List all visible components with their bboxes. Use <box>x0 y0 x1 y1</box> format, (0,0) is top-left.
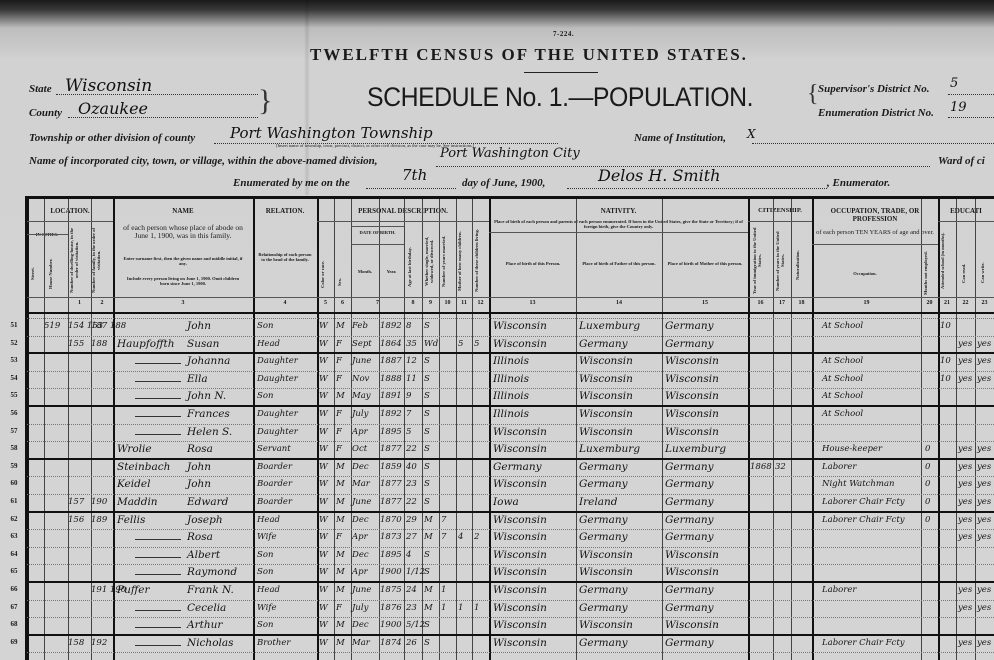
cell-read: yes <box>958 530 975 544</box>
line-number: 52 <box>4 339 24 347</box>
ditto-dash <box>135 363 181 364</box>
line-number: 63 <box>4 532 24 540</box>
institution-value: X <box>747 127 756 141</box>
cell-read: yes <box>958 513 975 527</box>
cell-given: Rosa <box>187 530 251 544</box>
cell-year: 1876 <box>380 601 404 615</box>
column-number: 19 <box>812 300 921 306</box>
line-number: 60 <box>4 479 24 487</box>
cell-birth-mother: Germany <box>665 583 748 597</box>
cell-sex: M <box>336 495 351 509</box>
cell-given: Joseph <box>187 513 251 527</box>
column-number: 13 <box>489 300 576 306</box>
enumerator-line <box>567 188 827 189</box>
cell-color: W <box>319 425 334 439</box>
line-number: 68 <box>4 620 24 628</box>
cell-school: 10 <box>940 319 956 333</box>
column-number: 2 <box>91 300 113 306</box>
supervisor-label: Supervisor's District No. <box>818 83 930 95</box>
cell-year: 1864 <box>380 337 404 351</box>
cell-birth-mother: Wisconsin <box>665 407 748 421</box>
cell-surname: Maddin <box>117 495 187 509</box>
ditto-dash <box>135 381 181 382</box>
township-value: Port Washington Township <box>230 124 433 142</box>
cell-birth-person: Wisconsin <box>493 442 576 456</box>
cell-sex: F <box>336 601 351 615</box>
cell-birth-person: Wisconsin <box>493 513 576 527</box>
column-number: 20 <box>921 300 938 306</box>
month-header: Month. <box>351 269 379 274</box>
cell-year: 1873 <box>380 530 404 544</box>
cell-family: 188 <box>91 337 113 351</box>
name-header: NAME <box>113 207 253 215</box>
birth-father-header: Place of birth of Father of this person. <box>579 261 659 266</box>
cell-year: 1891 <box>380 389 404 403</box>
cell-relation: Son <box>257 319 317 333</box>
cell-given: Nicholas <box>187 636 251 650</box>
cell-family: 187 188 <box>91 319 113 333</box>
citizenship-header: CITIZENSHIP. <box>748 207 812 215</box>
cell-birth-person: Wisconsin <box>493 601 576 615</box>
cell-sex: M <box>336 618 351 632</box>
cell-month: Apr <box>352 565 379 579</box>
cell-given: Frank N. <box>187 583 251 597</box>
cell-age: 11 <box>406 372 422 386</box>
cell-surname: Puffer <box>117 583 187 597</box>
cell-birth-person: Wisconsin <box>493 530 576 544</box>
cell-occupation: Laborer <box>822 460 921 474</box>
cell-given: Arthur <box>187 618 251 632</box>
cell-year: 1895 <box>380 548 404 562</box>
ed-line <box>948 117 994 118</box>
cell-occupation: At School <box>822 372 921 386</box>
cell-birth-mother: Wisconsin <box>665 354 748 368</box>
ed-value: 19 <box>950 100 967 115</box>
cell-relation: Son <box>257 548 317 562</box>
cell-sex: M <box>336 583 351 597</box>
cell-read: yes <box>958 354 975 368</box>
row-rule <box>351 226 404 227</box>
cell-birth-father: Ireland <box>579 495 662 509</box>
state-label: State <box>29 83 52 95</box>
cell-month: Apr <box>352 530 379 544</box>
cell-month: Mar <box>352 636 379 650</box>
cell-year: 1875 <box>380 583 404 597</box>
cell-relation: Boarder <box>257 460 317 474</box>
cell-year: 1887 <box>380 354 404 368</box>
dwelling-header: Number of dwelling-house, in the order o… <box>69 225 87 295</box>
column-rule <box>253 199 255 660</box>
supervisor-line <box>948 94 994 95</box>
column-rule <box>773 199 774 660</box>
census-table: LOCATION. IN CITIES. Street. House Numbe… <box>27 199 994 660</box>
cell-age: 23 <box>406 601 422 615</box>
cell-given: Susan <box>187 337 251 351</box>
cell-marital: S <box>424 565 439 579</box>
cell-year: 1859 <box>380 460 404 474</box>
line-number: 57 <box>4 427 24 435</box>
cell-month: July <box>352 407 379 421</box>
cell-month: June <box>352 495 379 509</box>
cell-occupation: Laborer <box>822 583 921 597</box>
cell-given: John N. <box>187 389 251 403</box>
column-rule <box>576 199 577 660</box>
column-number: 7 <box>351 300 404 306</box>
cell-color: W <box>319 354 334 368</box>
cell-color: W <box>319 618 334 632</box>
cell-given: Rosa <box>187 442 251 456</box>
cell-color: W <box>319 530 334 544</box>
cell-sex: F <box>336 530 351 544</box>
cell-write: yes <box>977 601 994 615</box>
column-number: 16 <box>748 300 773 306</box>
cell-year: 1877 <box>380 477 404 491</box>
state-value: Wisconsin <box>65 76 152 96</box>
cell-birth-person: Illinois <box>493 389 576 403</box>
cell-sex: M <box>336 513 351 527</box>
cell-month: Oct <box>352 442 379 456</box>
column-number: 8 <box>404 300 422 306</box>
cell-write: yes <box>977 460 994 474</box>
cell-sex: F <box>336 337 351 351</box>
cell-relation: Wife <box>257 601 317 615</box>
cell-dwelling: 158 <box>68 636 91 650</box>
column-number: 9 <box>422 300 439 306</box>
cell-birth-father: Wisconsin <box>579 618 662 632</box>
city-value: Port Washington City <box>440 146 580 161</box>
column-number: 4 <box>253 300 317 306</box>
cell-month: Dec <box>352 460 379 474</box>
cell-sex: M <box>336 460 351 474</box>
cell-read: yes <box>958 460 975 474</box>
cell-color: W <box>319 495 334 509</box>
cell-birth-person: Wisconsin <box>493 319 576 333</box>
cell-birth-person: Wisconsin <box>493 425 576 439</box>
years-in-us-header: Number of years in the United States. <box>775 227 789 295</box>
ed-label: Enumeration District No. <box>818 107 934 119</box>
cell-month: July <box>352 601 379 615</box>
cell-marital: S <box>424 618 439 632</box>
cell-school: 10 <box>940 354 956 368</box>
cell-year: 1877 <box>380 442 404 456</box>
age-header: Age at last birthday. <box>407 239 417 295</box>
column-rule <box>662 199 663 660</box>
cell-birth-mother: Wisconsin <box>665 565 748 579</box>
cell-write: yes <box>977 636 994 650</box>
cell-age: 23 <box>406 477 422 491</box>
line-number: 67 <box>4 603 24 611</box>
cell-birth-person: Germany <box>493 460 576 474</box>
cell-color: W <box>319 460 334 474</box>
cell-relation: Daughter <box>257 354 317 368</box>
column-number: 14 <box>576 300 662 306</box>
cell-sex: M <box>336 389 351 403</box>
column-number: 5 <box>317 300 334 306</box>
cell-family: 189 <box>91 513 113 527</box>
cell-birth-father: Wisconsin <box>579 354 662 368</box>
cell-marital: M <box>424 583 439 597</box>
cell-relation: Head <box>257 513 317 527</box>
cell-months-unemployed: 0 <box>925 460 937 474</box>
cell-mother-of: 5 <box>458 337 472 351</box>
cell-read: yes <box>958 337 975 351</box>
cell-read: yes <box>958 636 975 650</box>
cell-birth-person: Wisconsin <box>493 477 576 491</box>
cell-read: yes <box>958 442 975 456</box>
line-number: 54 <box>4 374 24 382</box>
column-number: 15 <box>662 300 748 306</box>
cell-yrs-married: 1 <box>441 601 456 615</box>
attended-school-header: Attended school (in months). <box>940 227 952 295</box>
cell-month: May <box>352 389 379 403</box>
cell-write: yes <box>977 495 994 509</box>
cell-birth-mother: Wisconsin <box>665 372 748 386</box>
cell-month: Nov <box>352 372 379 386</box>
cell-marital: M <box>424 513 439 527</box>
cell-birth-father: Wisconsin <box>579 425 662 439</box>
cell-given: Ella <box>187 372 251 386</box>
family-header: Number of family, in the order of visita… <box>91 225 109 295</box>
occupation-desc: of each person TEN YEARS of age and over… <box>816 229 934 237</box>
cell-read: yes <box>958 372 975 386</box>
cell-month: June <box>352 583 379 597</box>
year-header: Year. <box>379 269 404 274</box>
cell-age: 26 <box>406 636 422 650</box>
cell-color: W <box>319 389 334 403</box>
column-number: 22 <box>956 300 975 306</box>
cell-age: 24 <box>406 583 422 597</box>
cell-surname: Haupfoffth <box>117 337 187 351</box>
street-header: Street. <box>30 254 40 294</box>
cell-write: yes <box>977 442 994 456</box>
cell-write: yes <box>977 530 994 544</box>
state-county-brace: } <box>258 86 272 116</box>
institution-label: Name of Institution, <box>634 132 726 144</box>
township-label: Township or other division of county <box>29 132 195 144</box>
cell-yrs-married: 1 <box>441 583 456 597</box>
cell-age: 1/12 <box>406 565 422 579</box>
cell-dwelling: 155 <box>68 337 91 351</box>
cell-living: 5 <box>474 337 488 351</box>
sex-header: Sex. <box>337 269 347 295</box>
cell-given: Edward <box>187 495 251 509</box>
cell-marital: S <box>424 407 439 421</box>
cell-birth-person: Wisconsin <box>493 583 576 597</box>
column-number: 21 <box>938 300 956 306</box>
cell-relation: Daughter <box>257 425 317 439</box>
cell-surname: Keidel <box>117 477 187 491</box>
cell-birth-mother: Germany <box>665 495 748 509</box>
cell-age: 5/12 <box>406 618 422 632</box>
cell-color: W <box>319 477 334 491</box>
cell-marital: S <box>424 636 439 650</box>
cell-birth-father: Wisconsin <box>579 548 662 562</box>
district-brace: { <box>807 82 819 106</box>
line-number: 64 <box>4 550 24 558</box>
enumerator-name: Delos H. Smith <box>598 166 720 185</box>
cell-year: 1877 <box>380 495 404 509</box>
cell-age: 5 <box>406 425 422 439</box>
cell-birth-mother: Wisconsin <box>665 618 748 632</box>
line-number: 51 <box>4 321 24 329</box>
column-rule <box>44 199 45 660</box>
children-living-header: Number of these children living. <box>474 227 486 295</box>
cell-given: Johanna <box>187 354 251 368</box>
cell-year: 1870 <box>380 513 404 527</box>
cell-dwelling: 156 <box>68 513 91 527</box>
cell-months-unemployed: 0 <box>925 442 937 456</box>
cell-write: yes <box>977 477 994 491</box>
column-rule <box>975 199 976 660</box>
relation-header: RELATION. <box>253 207 317 215</box>
cell-color: W <box>319 565 334 579</box>
cell-birth-father: Luxemburg <box>579 319 662 333</box>
cell-color: W <box>319 636 334 650</box>
cell-birth-father: Luxemburg <box>579 442 662 456</box>
cell-given: Helen S. <box>187 425 251 439</box>
cell-birth-father: Wisconsin <box>579 407 662 421</box>
occupation-header: OCCUPATION, TRADE, OR PROFESSION <box>812 207 938 223</box>
cell-given: Cecelia <box>187 601 251 615</box>
cell-sex: F <box>336 354 351 368</box>
column-rule <box>422 199 423 660</box>
cell-birth-mother: Wisconsin <box>665 389 748 403</box>
cell-marital: S <box>424 477 439 491</box>
row-rule <box>27 221 113 222</box>
cell-year: 1895 <box>380 425 404 439</box>
cell-birth-mother: Wisconsin <box>665 548 748 562</box>
cell-given: Frances <box>187 407 251 421</box>
personal-description-header: PERSONAL DESCRIPTION. <box>317 207 489 215</box>
cell-month: Dec <box>352 618 379 632</box>
column-number: 10 <box>439 300 456 306</box>
column-rule <box>489 199 491 660</box>
cell-month: Dec <box>352 513 379 527</box>
cell-month: Feb <box>352 319 379 333</box>
mother-of-header: Mother of how many children. <box>457 227 469 295</box>
cell-years-us: 32 <box>775 460 791 474</box>
cell-mother-of: 4 <box>458 530 472 544</box>
cell-year: 1874 <box>380 636 404 650</box>
row-rule <box>351 244 404 245</box>
cell-marital: S <box>424 319 439 333</box>
schedule-title: SCHEDULE No. 1.—POPULATION. <box>367 82 753 113</box>
line-number: 69 <box>4 638 24 646</box>
location-header: LOCATION. <box>27 207 113 215</box>
cell-sex: M <box>336 548 351 562</box>
cell-birth-person: Wisconsin <box>493 548 576 562</box>
cell-sex: M <box>336 319 351 333</box>
cell-color: W <box>319 601 334 615</box>
cell-year: 1900 <box>380 618 404 632</box>
cell-relation: Wife <box>257 530 317 544</box>
cell-birth-father: Germany <box>579 530 662 544</box>
cell-month: Mar <box>352 477 379 491</box>
cell-relation: Head <box>257 583 317 597</box>
cell-color: W <box>319 407 334 421</box>
cell-age: 4 <box>406 548 422 562</box>
can-read-header: Can read. <box>961 255 969 291</box>
column-rule <box>456 199 457 660</box>
cell-birth-father: Germany <box>579 337 662 351</box>
cell-family: 192 <box>91 636 113 650</box>
column-number: 18 <box>791 300 812 306</box>
cell-occupation: At School <box>822 354 921 368</box>
cell-marital: M <box>424 530 439 544</box>
cell-sex: F <box>336 372 351 386</box>
years-married-header: Number of years married. <box>441 227 451 295</box>
cell-write: yes <box>977 337 994 351</box>
enumerated-day: 7th <box>402 166 427 184</box>
census-title: TWELFTH CENSUS OF THE UNITED STATES. <box>310 45 748 65</box>
row-rule <box>27 297 994 298</box>
cell-birth-person: Wisconsin <box>493 337 576 351</box>
cell-year: 1892 <box>380 319 404 333</box>
cell-color: W <box>319 319 334 333</box>
cell-sex: M <box>336 636 351 650</box>
cell-read: yes <box>958 495 975 509</box>
enumerated-month-year: day of June, 1900, <box>462 177 545 189</box>
cell-write: yes <box>977 372 994 386</box>
ditto-dash <box>135 557 181 558</box>
county-label: County <box>29 107 62 119</box>
color-header: Color or race. <box>320 249 330 299</box>
cell-birth-father: Wisconsin <box>579 565 662 579</box>
line-number: 56 <box>4 409 24 417</box>
cell-month: June <box>352 354 379 368</box>
column-number: 23 <box>975 300 994 306</box>
cell-birth-father: Wisconsin <box>579 372 662 386</box>
cell-marital: S <box>424 389 439 403</box>
cell-month: Sept <box>352 337 379 351</box>
cell-birth-mother: Germany <box>665 530 748 544</box>
cell-given: Raymond <box>187 565 251 579</box>
row-rule <box>489 232 748 233</box>
cell-write: yes <box>977 354 994 368</box>
cell-birth-person: Wisconsin <box>493 618 576 632</box>
cell-dwelling: 154 153 <box>68 319 91 333</box>
enumerator-label: , Enumerator. <box>827 177 890 189</box>
cell-color: W <box>319 442 334 456</box>
cell-relation: Brother <box>257 636 317 650</box>
cell-write: yes <box>977 583 994 597</box>
cell-birth-father: Germany <box>579 477 662 491</box>
cell-birth-person: Wisconsin <box>493 636 576 650</box>
naturalization-header: Naturalization. <box>795 237 805 293</box>
column-rule <box>956 199 957 660</box>
column-rule <box>812 199 814 660</box>
cell-school: 10 <box>940 372 956 386</box>
column-rule <box>748 199 750 660</box>
column-rule <box>472 199 473 660</box>
row-rule <box>812 244 938 245</box>
cell-family: 190 <box>91 495 113 509</box>
cell-marital: S <box>424 354 439 368</box>
cell-write: yes <box>977 513 994 527</box>
row-rule <box>27 234 68 235</box>
cell-birth-father: Germany <box>579 601 662 615</box>
line-number: 53 <box>4 356 24 364</box>
cell-marital: S <box>424 495 439 509</box>
cell-occupation: Night Watchman <box>822 477 921 491</box>
cell-birth-mother: Wisconsin <box>665 425 748 439</box>
cell-birth-person: Illinois <box>493 354 576 368</box>
cell-color: W <box>319 372 334 386</box>
can-write-header: Can write. <box>980 255 988 291</box>
ditto-dash <box>135 434 181 435</box>
cell-occupation: At School <box>822 407 921 421</box>
line-number: 58 <box>4 444 24 452</box>
